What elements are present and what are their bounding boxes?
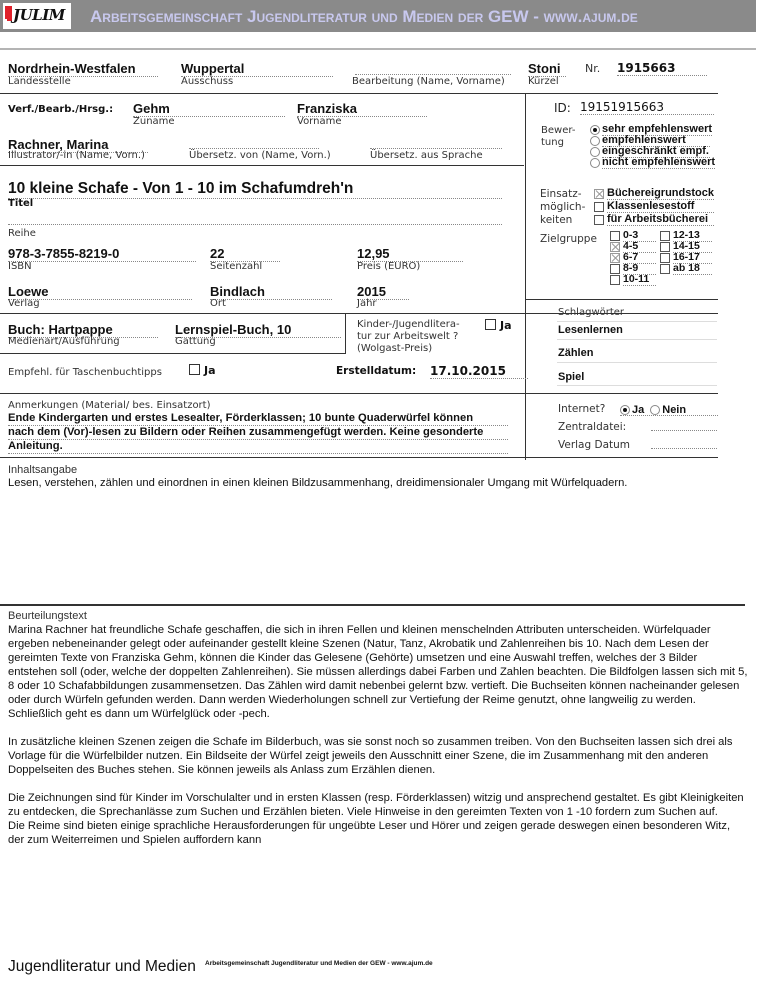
- checkbox[interactable]: [660, 242, 670, 252]
- radio-button[interactable]: [650, 405, 660, 415]
- zielgruppe-option[interactable]: ab 18: [660, 263, 712, 274]
- zielgruppe-option-label: ab 18: [673, 263, 712, 275]
- ort-value[interactable]: Bindlach: [210, 284, 332, 300]
- illustrator-label: Illustrator/-in (Name, Vorn.): [8, 150, 145, 161]
- wolgast-label: Kinder-/Jugendlitera- tur zur Arbeitswel…: [357, 319, 460, 355]
- internet-radio-group: JaNein: [620, 404, 718, 416]
- anmerkungen-text[interactable]: Ende Kindergarten und erstes Lesealter, …: [8, 412, 508, 454]
- checkbox[interactable]: [610, 275, 620, 285]
- reihe-field[interactable]: [8, 224, 502, 225]
- taschenbuch-checkbox[interactable]: Ja: [189, 364, 216, 377]
- ort-label: Ort: [210, 298, 226, 309]
- isbn-label: ISBN: [8, 261, 32, 272]
- checkbox[interactable]: [660, 231, 670, 241]
- logo-mark-icon-lower: [7, 15, 12, 21]
- medienart-label: Medienart/Ausführung: [8, 336, 120, 347]
- isbn-value[interactable]: 978-3-7855-8219-0: [8, 246, 196, 262]
- checkbox[interactable]: [610, 231, 620, 241]
- uebersetzer-label: Übersetz. von (Name, Vorn.): [189, 150, 331, 161]
- einsatz-label: Einsatz- möglich- keiten: [540, 188, 585, 227]
- anmerkungen-label: Anmerkungen (Material/ bes. Einsatzort): [8, 400, 211, 411]
- author-label: Verf./Bearb./Hrsg.:: [8, 104, 113, 115]
- erstelldatum-label: Erstelldatum:: [336, 365, 416, 377]
- bewertung-radio-group: sehr empfehlenswertempfehlenswerteingesc…: [590, 124, 710, 168]
- anmerkungen-line: Ende Kindergarten und erstes Lesealter, …: [8, 412, 508, 426]
- zielgruppe-option-label: 10-11: [623, 274, 656, 286]
- preis-value[interactable]: 12,95: [357, 246, 463, 262]
- titel-value[interactable]: 10 kleine Schafe - Von 1 - 10 im Schafum…: [8, 180, 502, 199]
- id-value[interactable]: 19151915663: [580, 100, 714, 115]
- verlag-datum-label: Verlag Datum: [558, 439, 630, 451]
- beurteilung-paragraph: In zusätzliche kleinen Szenen zeigen die…: [8, 735, 748, 777]
- kuerzel-label: Kürzel: [528, 76, 559, 87]
- beurteilung-paragraph: Die Zeichnungen sind für Kinder im Vorsc…: [8, 791, 748, 847]
- inhaltsangabe-label: Inhaltsangabe: [8, 464, 77, 476]
- bewertung-option[interactable]: nicht empfehlenswert: [590, 157, 710, 168]
- ausschuss-value[interactable]: Wuppertal: [181, 61, 333, 77]
- keyword-3[interactable]: Spiel: [558, 371, 584, 383]
- checkbox[interactable]: [594, 215, 604, 225]
- einsatz-option[interactable]: für Arbeitsbücherei: [594, 214, 714, 226]
- kw-line: [557, 385, 717, 386]
- taschenbuch-checkbox-box[interactable]: [189, 364, 200, 375]
- right-column-divider: [525, 93, 526, 460]
- bearbeitung-field[interactable]: [355, 74, 511, 75]
- keyword-1[interactable]: Lesenlernen: [558, 324, 623, 336]
- einsatz-option-label: Büchereigrundstock: [607, 188, 714, 200]
- beurteilung-paragraph: Marina Rachner hat freundliche Schafe ge…: [8, 623, 748, 721]
- wolgast-checkbox-box[interactable]: [485, 319, 496, 330]
- zielgruppe-label: Zielgruppe: [540, 233, 597, 245]
- uebersetzer-field[interactable]: [189, 148, 319, 149]
- schlag-top-divider: [525, 299, 718, 300]
- checkbox[interactable]: [610, 242, 620, 252]
- zuname-value[interactable]: Gehm: [133, 101, 285, 117]
- verlag-datum-field[interactable]: [651, 448, 717, 449]
- jahr-label: Jahr: [357, 298, 377, 309]
- sprache-field[interactable]: [370, 148, 502, 149]
- anmerkungen-bottom-divider: [0, 457, 718, 458]
- bewertung-option-label: nicht empfehlenswert: [602, 157, 715, 169]
- seitenzahl-label: Seitenzahl: [210, 261, 262, 272]
- row1-divider: [0, 93, 718, 94]
- titel-label: Titel: [8, 198, 33, 209]
- vorname-value[interactable]: Franziska: [297, 101, 427, 117]
- footer-left: Jugendliteratur und Medien: [8, 958, 196, 976]
- anmerkungen-line: nach dem (Vor)-lesen zu Bildern oder Rei…: [8, 426, 508, 440]
- beurteilung-top-divider: [0, 604, 745, 606]
- landesstelle-label: Landesstelle: [8, 76, 71, 87]
- sprache-label: Übersetz. aus Sprache: [370, 150, 483, 161]
- internet-option[interactable]: Ja: [620, 404, 644, 415]
- einsatz-option[interactable]: Büchereigrundstock: [594, 188, 714, 200]
- erstelldatum-value[interactable]: 17.10.2015: [430, 364, 528, 379]
- radio-button[interactable]: [590, 125, 600, 135]
- einsatz-option-label: Klassenlesestoff: [607, 201, 714, 213]
- id-label: ID:: [554, 101, 571, 115]
- einsatz-option-label: für Arbeitsbücherei: [607, 214, 714, 226]
- zentraldatei-label: Zentraldatei:: [558, 421, 626, 433]
- radio-button[interactable]: [620, 405, 630, 415]
- internet-option-label: Nein: [662, 404, 686, 416]
- reihe-label: Reihe: [8, 228, 36, 239]
- author-divider: [0, 165, 524, 166]
- zielgruppe-checkbox-group: 0-34-56-78-910-1112-1314-1516-17ab 18: [610, 230, 715, 286]
- internet-label: Internet?: [558, 403, 605, 415]
- taschenbuch-label: Empfehl. für Taschenbuchtipps: [8, 367, 162, 378]
- keyword-2[interactable]: Zählen: [558, 347, 593, 359]
- julim-logo: JULIM: [3, 3, 71, 29]
- checkbox[interactable]: [594, 189, 604, 199]
- zielgruppe-option[interactable]: 10-11: [610, 274, 656, 285]
- medien-inner-divider: [345, 313, 346, 353]
- medien-bottom-divider: [0, 353, 346, 354]
- logo-text: JULIM: [13, 6, 65, 24]
- beurteilung-label: Beurteilungstext: [8, 610, 87, 622]
- internet-option-label: Ja: [632, 404, 644, 416]
- inhaltsangabe-text[interactable]: Lesen, verstehen, zählen und einordnen i…: [8, 476, 748, 490]
- radio-button[interactable]: [590, 136, 600, 146]
- wolgast-checkbox[interactable]: Ja: [485, 319, 512, 332]
- checkbox[interactable]: [594, 202, 604, 212]
- checkbox[interactable]: [660, 253, 670, 263]
- header-divider: [0, 48, 756, 50]
- landesstelle-value[interactable]: Nordrhein-Westfalen: [8, 61, 158, 77]
- beurteilung-text[interactable]: Marina Rachner hat freundliche Schafe ge…: [8, 623, 748, 861]
- checkbox[interactable]: [660, 264, 670, 274]
- bewertung-label: Bewer- tung: [541, 125, 575, 149]
- ausschuss-label: Ausschuss: [181, 76, 233, 87]
- preis-label: Preis (EURO): [357, 261, 420, 272]
- checkbox[interactable]: [610, 253, 620, 263]
- internet-top-divider: [0, 393, 718, 394]
- seitenzahl-value[interactable]: 22: [210, 246, 280, 262]
- radio-button[interactable]: [590, 147, 600, 157]
- gattung-label: Gattung: [175, 336, 216, 347]
- nr-value[interactable]: 1915663: [617, 61, 707, 76]
- kw-line: [557, 339, 717, 340]
- internet-option[interactable]: Nein: [650, 404, 686, 415]
- vorname-label: Vorname: [297, 116, 341, 127]
- kuerzel-value[interactable]: Stoni: [528, 61, 566, 77]
- schlagwoerter-label: Schlagwörter: [558, 307, 624, 318]
- footer-right: Arbeitsgemeinschaft Jugendliteratur und …: [205, 960, 433, 967]
- radio-button[interactable]: [590, 158, 600, 168]
- verlag-label: Verlag: [8, 298, 40, 309]
- einsatz-checkbox-group: BüchereigrundstockKlassenlesestofffür Ar…: [594, 188, 714, 227]
- checkbox[interactable]: [610, 264, 620, 274]
- kw-line: [557, 321, 717, 322]
- kw-line: [557, 362, 717, 363]
- zuname-label: Zuname: [133, 116, 175, 127]
- anmerkungen-line: Anleitung.: [8, 440, 508, 454]
- bearbeitung-label: Bearbeitung (Name, Vorname): [352, 76, 505, 87]
- zentraldatei-field[interactable]: [651, 430, 717, 431]
- taschenbuch-option-label: Ja: [204, 364, 216, 377]
- nr-label: Nr.: [585, 62, 600, 75]
- header-title: Arbeitsgemeinschaft Jugendliteratur und …: [90, 7, 638, 27]
- wolgast-option-label: Ja: [500, 319, 512, 332]
- einsatz-option[interactable]: Klassenlesestoff: [594, 201, 714, 213]
